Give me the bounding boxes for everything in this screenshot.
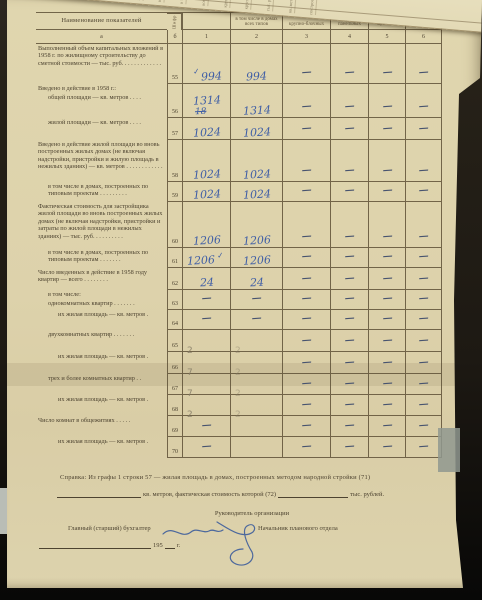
table-row: в том числе в домах, построенных по типо… [36,248,442,268]
dash-mark: — [344,400,354,411]
value-cell: 2 [230,330,282,352]
value-cell: — [330,395,368,416]
dash-mark: — [418,421,428,432]
dash-mark: — [382,294,392,305]
value-cell: 2 [182,330,230,352]
value-cell: — [368,202,405,248]
value-cell: — [405,437,442,458]
dash-mark: — [251,294,261,305]
dash-mark: — [344,421,354,432]
line-number: 59 [167,182,182,202]
ink-value: 1024 [192,126,221,138]
ink-value: 1314 [192,94,221,106]
value-cell: — [330,290,368,310]
dash-mark: — [382,252,392,263]
dash-mark: — [344,379,354,390]
value-cell: — [368,437,405,458]
dash-mark: — [344,68,354,79]
dash-mark: — [344,252,354,263]
dash-mark: — [382,400,392,411]
table-row: в том числе в домах, построенных по типо… [36,182,442,202]
table-row: их жилая площадь — кв. метров .64—————— [36,310,442,330]
line-number: 64 [167,310,182,330]
dash-mark: — [301,124,311,135]
value-cell: — [330,310,368,330]
dash-mark: — [382,358,392,369]
value-cell: — [405,352,442,374]
row-label: их жилая площадь — кв. метров . [38,311,165,318]
row-label-cell: в том числе в домах, построенных по типо… [36,248,167,268]
value-cell: 1024 [182,182,230,202]
row-label: Введено в действие жилой площади во внов… [38,141,165,171]
value-cell: — [368,290,405,310]
column-header-line-no: Шифр [167,13,182,30]
value-cell: — [368,330,405,352]
value-cell: — [368,140,405,182]
value-cell: — [405,290,442,310]
table-row: в том числе:однокомнатных квартир . . . … [36,290,442,310]
value-cell: — [368,416,405,437]
form-paper: Наименование показателей Шифр в том числ… [7,0,482,588]
dash-mark: — [382,274,392,285]
value-cell: 994 [230,44,282,84]
column-index: а [36,30,167,44]
check-icon: ✓ [192,67,200,77]
value-cell: — [182,437,230,458]
form-table: Наименование показателей Шифр в том числ… [36,12,442,458]
line-number: 60 [167,202,182,248]
pencil-mark: 2 [235,390,241,399]
dash-mark: — [344,166,354,177]
row-label-cell: Выполненный объем капитальных вложений в… [36,44,167,84]
value-cell: — [368,352,405,374]
value-cell: — [330,182,368,202]
dash-mark: — [301,68,311,79]
pencil-mark: 2 [187,347,193,356]
dash-mark: — [382,102,392,113]
value-cell: — [405,268,442,290]
value-cell: — [405,395,442,416]
dash-mark: — [418,102,428,113]
value-cell: — [405,44,442,84]
ink-value: 1024 [242,168,271,180]
row-label-cell: Число введенных в действие в 1958 году к… [36,268,167,290]
ink-value: 24 [249,277,264,289]
value-cell: 1314 [230,84,282,118]
dash-mark: — [382,379,392,390]
ink-value: 1024 [192,188,221,200]
value-cell: — [282,290,330,310]
value-cell: 1024 [230,140,282,182]
rotated-text-fragment: по жилищному [137,0,147,1]
row-label: их жилая площадь — кв. метров . [38,438,165,445]
line-number: 65 [167,330,182,352]
rotated-text-fragment: тыс. руб. [266,0,276,12]
value-cell: 1024 [230,118,282,140]
value-cell: — [282,268,330,290]
dash-mark: — [301,102,311,113]
ink-value: 1024 [242,126,271,138]
column-index: 1 [182,30,230,44]
value-cell: — [405,140,442,182]
pencil-mark: 7 [187,390,193,399]
row-label-cell: жилой площади — кв. метров . . . . [36,118,167,140]
rotated-text-fragment: в том числе [180,0,190,4]
value-cell: 24 [230,268,282,290]
ink-value: 1206 [187,254,216,266]
ink-value: 24 [199,277,214,289]
dash-mark: — [382,186,392,197]
dash-mark: — [301,336,311,347]
row-label-cell: трех и более комнатных квартир . . [36,374,167,395]
dash-mark: — [418,379,428,390]
row-label: двухкомнатных квартир . . . . . . . [38,331,165,338]
ink-value: 994 [201,70,223,82]
value-cell: — [282,330,330,352]
value-cell: — [368,268,405,290]
value-cell: 1024 [182,140,230,182]
value-cell: — [405,84,442,118]
line-number: 55 [167,44,182,84]
row-label: Фактическая стоимость для застройщика жи… [38,203,165,240]
row-label: Число комнат в общежитиях . . . . . [38,417,165,424]
value-cell: — [368,182,405,202]
row-label: их жилая площадь — кв. метров . [38,353,165,360]
row-label-cell: их жилая площадь — кв. метров . [36,437,167,458]
dash-mark: — [344,336,354,347]
dash-mark: — [418,68,428,79]
ink-value: 994 [246,70,268,82]
dash-mark: — [418,294,428,305]
dash-mark: — [301,400,311,411]
underlying-card-edge [438,428,460,472]
dash-mark: — [301,442,311,453]
row-label-cell: Число комнат в общежитиях . . . . . [36,416,167,437]
dash-mark: — [382,68,392,79]
value-cell: — [282,202,330,248]
row-label: общей площади — кв. метров . . . . [38,94,165,101]
value-cell: — [282,182,330,202]
ink-value: 1206 [242,254,271,266]
dash-mark: — [301,379,311,390]
dash-mark: — [382,232,392,243]
fill-in-line [39,543,151,549]
dash-mark: — [418,442,428,453]
value-cell: — [368,374,405,395]
value-cell: — [405,202,442,248]
value-cell: — [330,140,368,182]
dash-mark: — [418,186,428,197]
line-number: 66 [167,352,182,374]
row-label: в том числе в домах, построенных по типо… [38,183,165,198]
table-rows: Выполненный объем капитальных вложений в… [36,44,442,458]
dash-mark: — [344,274,354,285]
value-cell: — [330,416,368,437]
value-cell: — [282,310,330,330]
value-cell: — [282,118,330,140]
value-cell: — [182,290,230,310]
value-cell: 1024 [182,118,230,140]
value-cell: — [282,44,330,84]
value-cell: — [282,84,330,118]
value-cell: — [330,202,368,248]
value-cell: — [282,248,330,268]
value-cell: — [330,44,368,84]
row-label: их жилая площадь — кв. метров . [38,396,165,403]
row-group-label: Введено в действие в 1958 г.: [38,85,165,92]
value-cell: — [405,118,442,140]
value-cell: — [282,374,330,395]
value-cell: — [368,395,405,416]
ink-value: 1206 [242,234,271,246]
spravka-text: кв. метров, фактическая стоимость которо… [143,491,276,498]
value-cell: — [330,84,368,118]
value-cell: ✓994 [182,44,230,84]
value-cell: 1024 [230,182,282,202]
dash-mark: — [418,252,428,263]
value-cell: — [368,84,405,118]
dash-mark: — [344,102,354,113]
value-cell: — [282,395,330,416]
dash-mark: — [418,400,428,411]
value-cell: — [230,290,282,310]
check-icon: ✓ [217,251,225,261]
row-label-cell: их жилая площадь — кв. метров . [36,352,167,374]
spravka-note-2: кв. метров, фактическая стоимость которо… [55,491,415,498]
rotated-text-fragment: в 1958 г. [158,0,168,3]
column-header-1 [182,13,230,30]
value-cell: 131418 [182,84,230,118]
table-row: Число введенных в действие в 1958 году к… [36,268,442,290]
signature-stroke [157,512,287,574]
fill-in-line [57,492,141,498]
pencil-mark: 2 [235,347,241,356]
line-number: 58 [167,140,182,182]
dash-mark: — [418,336,428,347]
dash-mark: — [418,314,428,325]
value-cell: — [282,416,330,437]
column-index: б [167,30,182,44]
value-cell: — [405,416,442,437]
column-index: 6 [405,30,442,44]
dash-mark: — [344,358,354,369]
column-index: 4 [330,30,368,44]
dash-mark: — [201,421,211,432]
row-label-cell: их жилая площадь — кв. метров . [36,395,167,416]
row-label: однокомнатных квартир . . . . . . . [38,300,165,307]
line-number: 57 [167,118,182,140]
dash-mark: — [344,232,354,243]
row-label: трех и более комнатных квартир . . [38,375,165,382]
dash-mark: — [301,186,311,197]
buhgalter-label: Главный (старший) бухгалтер [68,525,151,532]
dash-mark: — [382,314,392,325]
value-cell: — [330,248,368,268]
table-row: Фактическая стоимость для застройщика жи… [36,202,442,248]
dash-mark: — [201,294,211,305]
rotated-text-fragment: крупно-блочных [223,0,233,8]
line-number: 61 [167,248,182,268]
row-label-cell: Фактическая стоимость для застройщика жи… [36,202,167,248]
value-cell: 1206 [182,202,230,248]
dash-mark: — [418,166,428,177]
row-label-cell: в том числе в домах, построенных по типо… [36,182,167,202]
row-label-cell: в том числе:однокомнатных квартир . . . … [36,290,167,310]
dash-mark: — [344,442,354,453]
table-row: Введено в действие в 1958 г.:общей площа… [36,84,442,118]
rotated-text-fragment: кв. метров [288,0,298,13]
value-cell: — [282,437,330,458]
column-index: 3 [282,30,330,44]
table-row: их жилая площадь — кв. метров .70————— [36,437,442,458]
line-number: 67 [167,374,182,395]
value-cell: — [330,268,368,290]
dash-mark: — [382,336,392,347]
value-cell: — [230,310,282,330]
value-cell: — [405,310,442,330]
table-row: жилой площади — кв. метров . . . .571024… [36,118,442,140]
dash-mark: — [301,166,311,177]
value-cell: — [368,44,405,84]
dash-mark: — [301,294,311,305]
dash-mark: — [418,274,428,285]
dash-mark: — [301,232,311,243]
value-cell: 1206 [230,202,282,248]
dash-mark: — [382,166,392,177]
value-cell: 1206 [230,248,282,268]
value-cell: — [282,352,330,374]
dash-mark: — [301,421,311,432]
table-row: Выполненный объем капитальных вложений в… [36,44,442,84]
value-cell: — [330,330,368,352]
pencil-mark: 2 [187,411,193,420]
value-cell [230,437,282,458]
value-cell: — [405,330,442,352]
value-cell: — [405,248,442,268]
dash-mark: — [301,274,311,285]
dash-mark: — [201,314,211,325]
column-index: 2 [230,30,282,44]
dash-mark: — [201,442,211,453]
row-label: Число введенных в действие в 1958 году к… [38,269,165,284]
pencil-mark: 7 [187,369,193,378]
dash-mark: — [418,232,428,243]
dash-mark: — [344,124,354,135]
dash-mark: — [344,294,354,305]
dash-mark: — [382,124,392,135]
value-cell: — [330,374,368,395]
column-index: 5 [368,30,405,44]
value-cell: — [330,437,368,458]
ink-value: 1206 [192,234,221,246]
dash-mark: — [382,421,392,432]
ink-value: 1314 [242,104,271,116]
row-group-label: в том числе: [38,291,165,298]
index-row: аб123456 [36,30,442,44]
line-number: 63 [167,290,182,310]
dash-mark: — [418,358,428,369]
line-number: 62 [167,268,182,290]
table-row: двухкомнатных квартир . . . . . . .6522—… [36,330,442,352]
ink-value: 1024 [192,168,221,180]
row-label-cell: Введено в действие жилой площади во внов… [36,140,167,182]
rotated-text-fragment: всех типов [201,0,211,6]
value-cell: 24 [182,268,230,290]
value-cell: — [330,352,368,374]
ink-value: 1024 [242,188,271,200]
value-cell: — [282,140,330,182]
value-cell: — [405,374,442,395]
row-label: в том числе в домах, построенных по типо… [38,249,165,264]
line-number: 68 [167,395,182,416]
row-label: Выполненный объем капитальных вложений в… [38,45,165,67]
pencil-mark: 2 [235,411,241,420]
row-label-cell: двухкомнатных квартир . . . . . . . [36,330,167,352]
column-header-name: Наименование показателей [36,13,167,30]
spravka-note: Справка: Из графы 1 строки 57 — жилая пл… [60,474,440,481]
rotated-text-fragment: крупно-панельных [245,0,255,10]
signature-ink [157,512,287,579]
dash-mark: — [344,186,354,197]
spravka-text-units: тыс. рублей. [350,491,384,498]
value-cell: — [368,248,405,268]
value-cell: — [368,310,405,330]
dash-mark: — [382,442,392,453]
value-cell: — [405,182,442,202]
pencil-mark: 2 [235,369,241,378]
struck-value: 18 [195,107,207,117]
scanned-form-page: { "page": { "paper_color": "#ddd2ab", "o… [0,0,482,600]
dash-mark: — [344,314,354,325]
line-number: 56 [167,84,182,118]
row-label-cell: Введено в действие в 1958 г.:общей площа… [36,84,167,118]
dash-mark: — [418,124,428,135]
line-number: 69 [167,416,182,437]
value-cell: — [182,310,230,330]
dash-mark: — [301,358,311,369]
value-cell: 1206✓ [182,248,230,268]
fill-in-line [278,492,348,498]
line-number: 70 [167,437,182,458]
value-cell: — [330,118,368,140]
dash-mark: — [301,252,311,263]
table-row: Введено в действие жилой площади во внов… [36,140,442,182]
row-label-cell: их жилая площадь — кв. метров . [36,310,167,330]
row-label: жилой площади — кв. метров . . . . [38,119,165,126]
dash-mark: — [251,314,261,325]
dash-mark: — [301,314,311,325]
rotated-text-fragment: построенных [310,0,320,15]
value-cell: — [368,118,405,140]
